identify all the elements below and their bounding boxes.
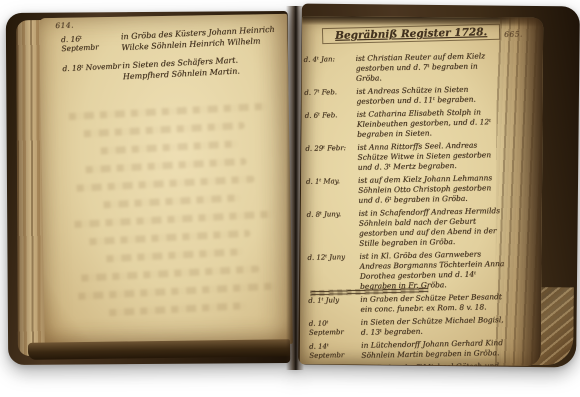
burial-entry: d. 16ᵗ Septembr in Gröba des Küsters Joh… [61, 24, 276, 56]
left-page-number: 614. [55, 20, 74, 30]
burial-entry: d. 10ᵗ Septembr in Sieten der Schütze Mi… [309, 315, 507, 339]
burial-entries-left: d. 16ᵗ Septembr in Gröba des Küsters Joh… [61, 24, 277, 85]
register-title: Begräbniß Register 1728. [322, 24, 500, 44]
burial-entry: d. 18ᵗ Novembr in Sieten des Schäfers Ma… [62, 53, 277, 85]
entry-text: ist Anna Rittorffs Seel. Andreas Schütze… [357, 140, 504, 173]
burial-entry: d. 14ᵗ Septembr in Lütchendorff Johann G… [309, 338, 507, 362]
burial-entry: d. 7ᵗ Feb. ist Andreas Schütze in Sieten… [304, 84, 502, 108]
left-page: 614. d. 16ᵗ Septembr in Gröba des Küster… [39, 14, 293, 348]
entry-date: d. 29ᵗ Febr: [305, 143, 358, 174]
burial-entry: d. 29ᵗ Febr: ist Anna Rittorffs Seel. An… [305, 140, 504, 174]
burial-entries-right: d. 4ᵗ Jan: ist Christian Reuter auf dem … [304, 51, 508, 366]
entry-text: in Gröba des Küsters Johann Heinrich Wil… [121, 24, 276, 53]
open-register-book: 614. d. 16ᵗ Septembr in Gröba des Küster… [0, 0, 580, 397]
entry-date: d. 6ᵗ Feb. [305, 110, 358, 141]
entry-date: d. 14ᵗ Septembr [309, 341, 361, 362]
entry-date: d. 1ᵗ May. [306, 176, 359, 207]
right-fore-edge-pages [495, 18, 543, 366]
burial-entry: d. 6ᵗ Feb. ist Catharina Elisabeth Stolp… [305, 107, 504, 141]
entry-date: d. 1ᵗ July [308, 295, 360, 316]
entry-text: in Sieten der Schütze Michael Bogisl, d.… [361, 315, 507, 338]
entry-text: in Sieten des Schäfers Mart. Hempfherd S… [122, 53, 277, 82]
entry-text: ist Andreas Schütze in Sieten gestorben … [356, 84, 502, 107]
entry-date: d. 18ᵗ Novembr [62, 60, 123, 85]
photo-background: 614. d. 16ᵗ Septembr in Gröba des Küster… [0, 0, 580, 397]
burial-entry: d. 1ᵗ July in Graben der Schütze Peter B… [308, 292, 506, 316]
burial-entry: d. 12ᵗ Juny ist in Kl. Gröba des Garnweb… [307, 249, 506, 293]
entry-date: d. 7ᵗ Feb. [304, 87, 356, 108]
burial-entry: d. 8ᵗ Juny. ist in Schafendorff Andreas … [307, 206, 506, 250]
entry-date: d. 4ᵗ Jan: [304, 54, 357, 85]
entry-date: d. 16ᵗ Septembr [61, 31, 122, 56]
burial-entry: d. 4ᵗ Jan: ist Christian Reuter auf dem … [304, 51, 503, 85]
left-page-block-bottom-edge [28, 339, 290, 360]
entry-text: in Graben der Schütze Peter Besandt ein … [360, 292, 506, 315]
entry-text: ist Christian Reuter auf dem Kielz gesto… [356, 51, 503, 84]
entry-date: d. 12ᵗ Juny [307, 252, 360, 293]
right-page: Begräbniß Register 1728. 665. d. 4ᵗ Jan:… [300, 16, 543, 366]
ink-bleedthrough [63, 103, 279, 349]
entry-text: ist in Schafendorff Andreas Hermilds Söh… [358, 206, 505, 249]
entry-date: d. 10ᵗ Septembr [309, 318, 361, 339]
entry-text: in Lütchendorff Johann Gerhard Kind Söhn… [361, 338, 507, 361]
entry-date: d. 8ᵗ Juny. [307, 209, 360, 250]
entry-text: ist Catharina Elisabeth Stolph in Kleinb… [357, 107, 504, 140]
entry-text: ist in Kl. Gröba des Garnwebers Andreas … [359, 249, 506, 292]
entry-text: ist auf dem Kielz Johann Lehmanns Söhnle… [358, 173, 505, 206]
burial-entry: d. 1ᵗ May. ist auf dem Kielz Johann Lehm… [306, 173, 505, 207]
